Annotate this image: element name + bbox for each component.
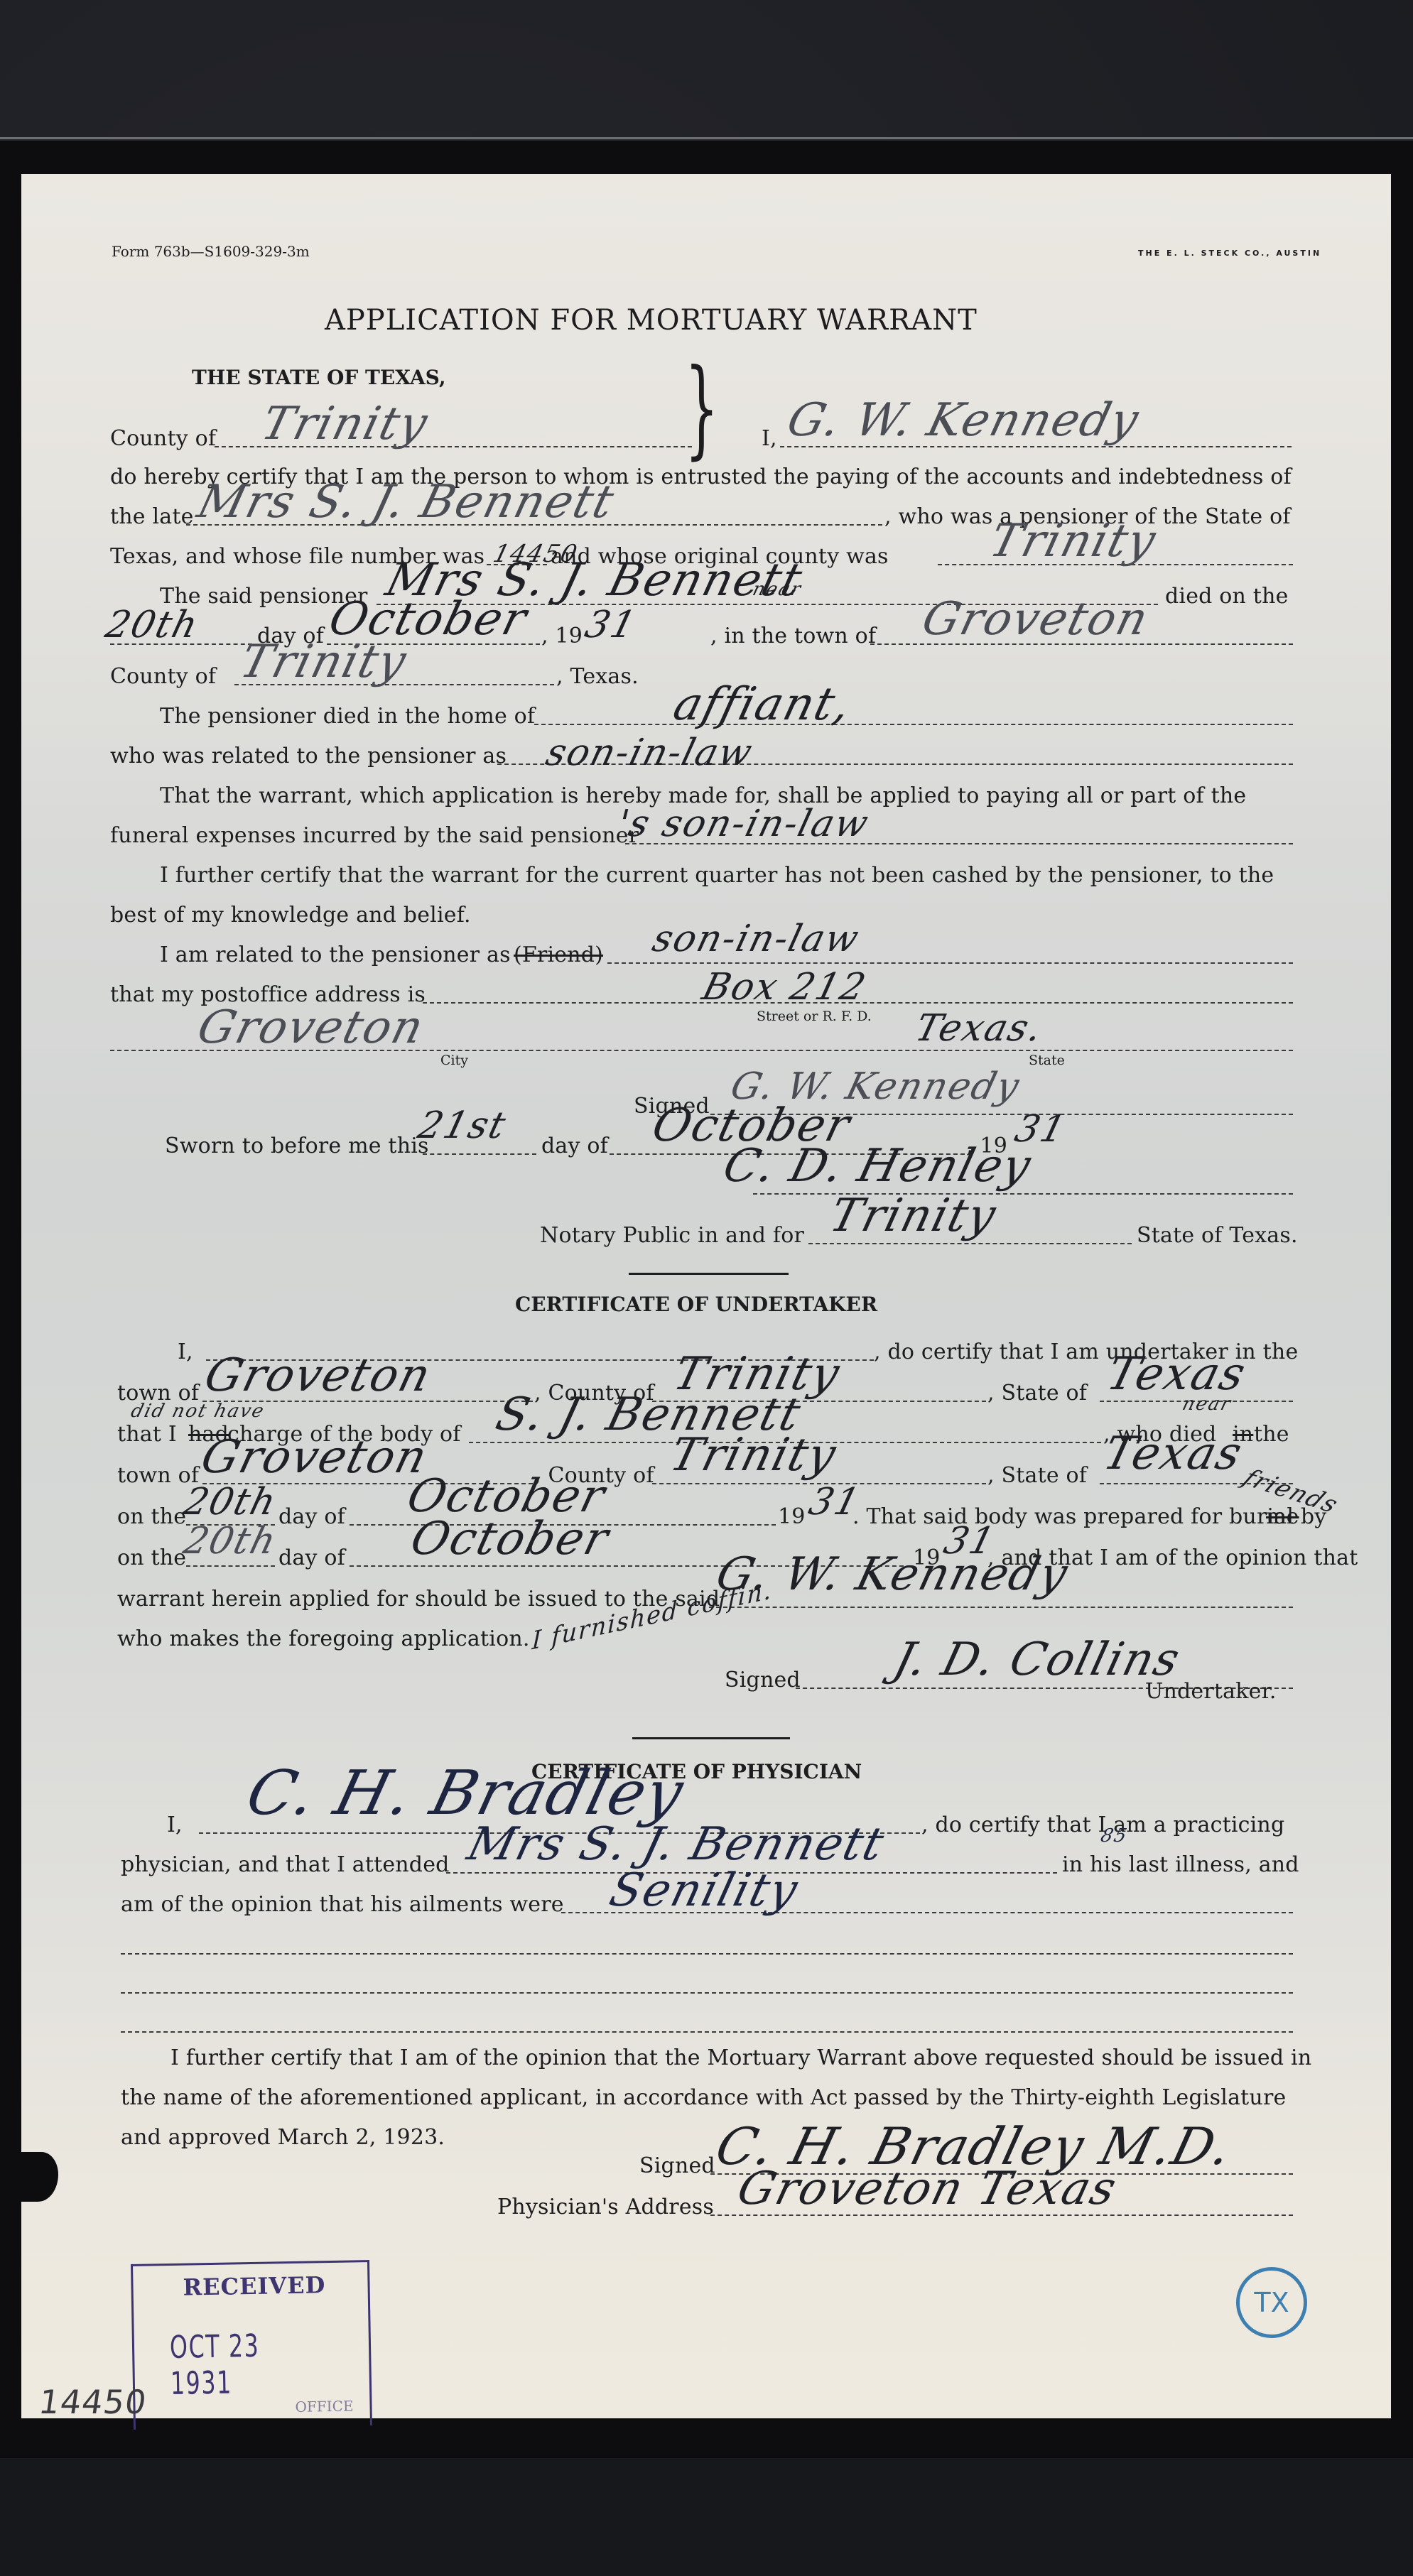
state-field[interactable]: Texas. (911, 1007, 1048, 1050)
notary-county-field[interactable]: Trinity (825, 1190, 1002, 1242)
undertaker-heading: CERTIFICATE OF UNDERTAKER (515, 1293, 877, 1316)
i-label: I, (762, 426, 777, 452)
warrant-line (709, 1607, 1293, 1608)
state-heading: THE STATE OF TEXAS, (192, 366, 446, 389)
home-field[interactable]: affiant, (668, 678, 857, 731)
day-of-label-1: day of (278, 1504, 345, 1530)
month2-field[interactable]: October (406, 1513, 615, 1565)
foregoing-label: who makes the foregoing application. (117, 1626, 530, 1652)
deceased-name-field[interactable]: Mrs S. J. Bennett (193, 476, 620, 528)
town-field[interactable]: Groveton (200, 1349, 437, 1402)
undertaker-i-label: I, (178, 1339, 193, 1365)
state2-label: , State of (987, 1463, 1087, 1489)
received-date: OCT 23 1931 (170, 2327, 330, 2402)
original-county-field[interactable]: Trinity (985, 515, 1162, 567)
funeral-label: funeral expenses incurred by the said pe… (110, 823, 639, 849)
street-field[interactable]: Box 212 (698, 966, 872, 1009)
sworn-day-line (423, 1153, 536, 1155)
county-label: County of (110, 426, 216, 452)
undertaker-caption: Undertaker. (1145, 1679, 1277, 1705)
day2-field[interactable]: 20th (180, 1520, 282, 1563)
prepared-text: . That said body was prepared for burial… (852, 1504, 1326, 1530)
notary-label: Notary Public in and for (540, 1223, 804, 1249)
physician-signed-label: Signed (639, 2153, 715, 2179)
notary-signature[interactable]: C. D. Henley (718, 1140, 1037, 1192)
friend-struck: (Friend) (514, 942, 603, 968)
year1-prefix: 19 (778, 1504, 806, 1530)
quarter-text: I further certify that the warrant for t… (160, 863, 1274, 888)
death-town-field[interactable]: Groveton (917, 593, 1154, 646)
charge-label-a: that I (117, 1422, 177, 1447)
i-am-related-field[interactable]: son-in-law (649, 918, 865, 960)
town-label: , in the town of (710, 624, 876, 649)
day1-field[interactable]: 20th (180, 1481, 282, 1523)
ailments-line-3[interactable] (121, 1992, 1293, 1994)
city-field[interactable]: Groveton (193, 1001, 430, 1054)
section-divider (629, 1273, 789, 1275)
on-the-label-2: on the (117, 1545, 186, 1571)
did-not-have-note: did not have (129, 1401, 267, 1422)
county-field[interactable]: Trinity (256, 398, 434, 450)
section-divider-2 (632, 1737, 790, 1739)
state-caption: State (1029, 1053, 1065, 1068)
further-text-3: and approved March 2, 1923. (121, 2125, 445, 2151)
attended-field[interactable]: Mrs S. J. Bennett (462, 1818, 890, 1871)
state-label: , State of (987, 1381, 1087, 1406)
applicant-name-field[interactable]: G. W. Kennedy (782, 394, 1145, 447)
home-line (534, 724, 1293, 725)
received-stamp: RECEIVED OCT 23 1931 OFFICE (131, 2260, 372, 2430)
near-annotation: near (750, 579, 804, 600)
document-title: APPLICATION FOR MORTUARY WARRANT (325, 304, 978, 337)
death-county-field[interactable]: Trinity (235, 636, 413, 688)
state2-field[interactable]: Texas (1098, 1428, 1248, 1480)
county2-label: County of (110, 664, 216, 690)
on-the-label-1: on the (117, 1504, 186, 1530)
printer-imprint: THE E. L. STECK CO., AUSTIN (1138, 249, 1321, 258)
address-field[interactable]: Groveton Texas (732, 2163, 1122, 2215)
undertaker-signed-label: Signed (725, 1668, 801, 1693)
sworn-label: Sworn to before me this (165, 1134, 429, 1159)
funeral-field[interactable]: 's son-in-law (613, 803, 874, 845)
i-am-related-line (607, 962, 1293, 964)
pencil-file-number: 14450 (36, 2383, 149, 2421)
received-office: OFFICE (295, 2398, 353, 2415)
day-of-label-2: day of (278, 1545, 345, 1571)
death-day-field[interactable]: 20th (102, 604, 204, 646)
street-caption: Street or R. F. D. (757, 1009, 872, 1024)
related-field[interactable]: son-in-law (542, 732, 758, 774)
prepared-struck: me (1266, 1504, 1299, 1530)
home-label: The pensioner died in the home of (160, 704, 535, 729)
sworn-day-of-label: day of (541, 1134, 608, 1159)
texas-suffix: , Texas. (556, 664, 639, 690)
physician-i-label: I, (167, 1813, 183, 1838)
town2-field[interactable]: Groveton (196, 1431, 433, 1484)
belief-text: best of my knowledge and belief. (110, 903, 471, 928)
the-late-label: the late (110, 504, 194, 530)
tx-seal-icon: TX (1236, 2267, 1307, 2338)
ailments-label: am of the opinion that his ailments were (121, 1892, 564, 1918)
state-field[interactable]: Texas (1102, 1348, 1252, 1401)
city-caption: City (440, 1053, 468, 1068)
year-prefix: , 19 (541, 624, 583, 649)
attended-label: physician, and that I attended (121, 1852, 450, 1878)
notary-suffix: State of Texas. (1137, 1223, 1298, 1249)
further-text-1: I further certify that I am of the opini… (170, 2045, 1311, 2071)
near-note: near (1180, 1393, 1234, 1415)
ailments-field[interactable]: Senility (605, 1864, 804, 1917)
day2-line (186, 1565, 275, 1567)
related-label: who was related to the pensioner as (110, 744, 507, 769)
received-label: RECEIVED (183, 2271, 325, 2300)
county2-field[interactable]: Trinity (665, 1429, 843, 1482)
died-on-label: died on the (1165, 584, 1289, 609)
form-number: Form 763b—S1609-329-3m (112, 243, 310, 260)
address-label: Physician's Address (497, 2195, 714, 2220)
notary-signature-line (753, 1193, 1293, 1195)
town2-label: town of (117, 1463, 199, 1489)
age-note: 85 (1098, 1825, 1130, 1847)
death-year-field[interactable]: 31 (581, 604, 641, 646)
last-illness-text: in his last illness, and (1062, 1852, 1299, 1878)
notary-county-line (808, 1243, 1132, 1244)
died-label-b: the (1254, 1422, 1289, 1447)
sworn-day-field[interactable]: 21st (414, 1104, 511, 1147)
i-am-related-label: I am related to the pensioner as (160, 942, 511, 968)
ailments-line-2[interactable] (121, 1953, 1293, 1955)
undertaker-signature[interactable]: J. D. Collins (889, 1634, 1186, 1686)
further-text-2: the name of the aforementioned applicant… (121, 2085, 1286, 2111)
ailments-line-4[interactable] (121, 2031, 1293, 2033)
